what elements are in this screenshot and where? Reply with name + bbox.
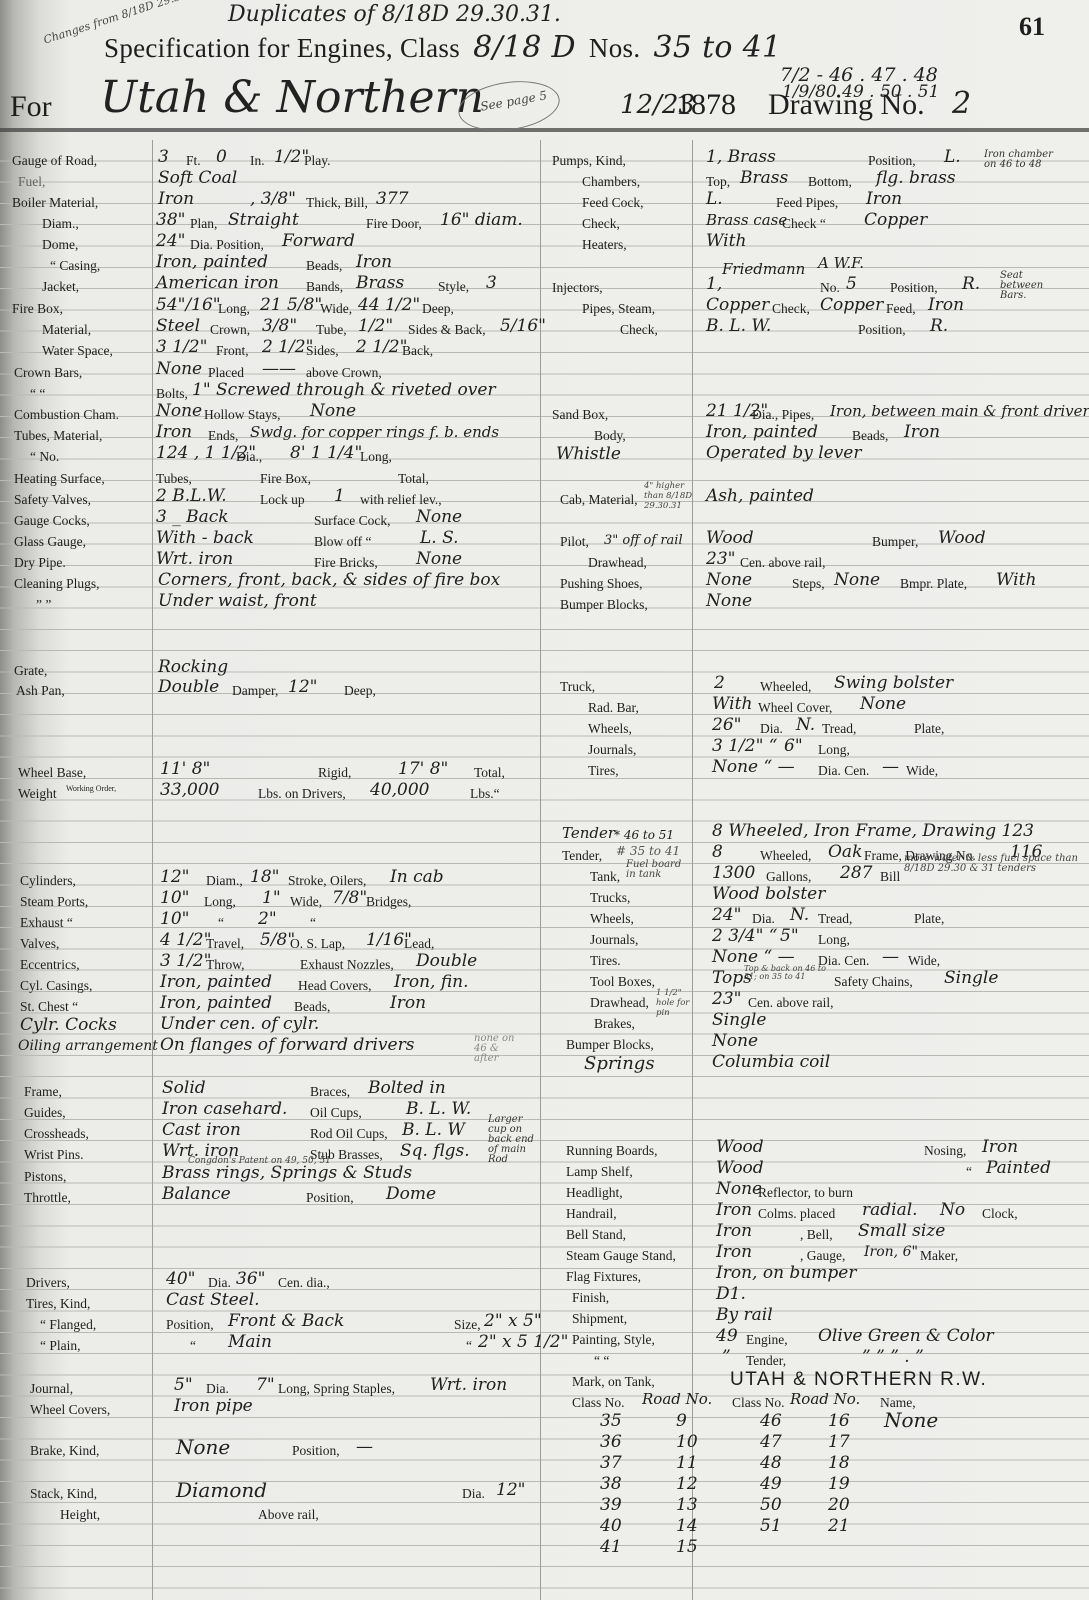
annotation: 3" off of rail bbox=[604, 530, 683, 551]
value: L. bbox=[944, 147, 961, 168]
value: 24" bbox=[156, 231, 185, 252]
label: Dome, bbox=[42, 234, 78, 255]
spec-sheet-page: Changes from 8/18D 29.30.31 Duplicates o… bbox=[0, 0, 1089, 1600]
label: Above rail, bbox=[258, 1504, 319, 1525]
value: Wood bbox=[716, 1158, 764, 1179]
value: Copper bbox=[864, 210, 927, 231]
label: Drawhead, bbox=[588, 552, 647, 573]
label: Journal, bbox=[30, 1378, 73, 1399]
table-cell: 9 bbox=[676, 1411, 687, 1432]
value: L. S. bbox=[420, 528, 459, 549]
table-cell: 48 bbox=[760, 1453, 782, 1474]
value: 8 Wheeled, Iron Frame, Drawing 123 bbox=[712, 821, 1034, 842]
value: 17' 8" bbox=[398, 759, 448, 780]
value: 3 _ Back bbox=[156, 507, 229, 528]
label: Handrail, bbox=[566, 1203, 617, 1224]
label: Back, bbox=[402, 340, 433, 361]
value: radial. bbox=[862, 1200, 918, 1221]
label: Long, bbox=[218, 298, 250, 319]
value: 8' 1 1/4" bbox=[290, 443, 362, 464]
label: Surface Cock, bbox=[314, 510, 390, 531]
value: 0 bbox=[216, 147, 227, 168]
value: Iron bbox=[390, 993, 426, 1014]
table-cell: 35 bbox=[600, 1411, 622, 1432]
column-header: Class No. bbox=[732, 1392, 785, 1413]
label: Wheeled, bbox=[760, 676, 811, 697]
value: None “ — bbox=[712, 757, 795, 778]
label: Brakes, bbox=[594, 1013, 635, 1034]
value: 2" x 5" bbox=[484, 1311, 542, 1332]
value: 10" bbox=[160, 888, 189, 909]
value: 2" bbox=[258, 909, 277, 930]
table-cell: 50 bbox=[760, 1495, 782, 1516]
table-cell: 21 bbox=[828, 1516, 850, 1537]
label: Exhaust “ bbox=[20, 912, 73, 933]
label: Braces, bbox=[310, 1081, 350, 1102]
value: Straight bbox=[228, 210, 299, 231]
label: Front, bbox=[216, 340, 249, 361]
label: Style, bbox=[438, 276, 469, 297]
value: Wood bbox=[706, 528, 754, 549]
value: Iron bbox=[158, 189, 194, 210]
table-cell: 36 bbox=[600, 1432, 622, 1453]
value: Solid bbox=[162, 1078, 206, 1099]
label: Fire Box, bbox=[260, 468, 311, 489]
label: Height, bbox=[60, 1504, 100, 1525]
value: With bbox=[712, 694, 752, 715]
label: Colms. placed bbox=[758, 1203, 835, 1224]
value: Iron pipe bbox=[174, 1396, 253, 1417]
column-header: Road No. bbox=[642, 1389, 712, 1410]
class-value: 8/18 D bbox=[473, 30, 576, 65]
label: Lbs. on Drivers, bbox=[258, 783, 346, 804]
title-text: Specification for Engines, Class bbox=[104, 33, 460, 63]
table-cell: 46 bbox=[760, 1411, 782, 1432]
label: Check, bbox=[620, 319, 658, 340]
value: Iron bbox=[928, 295, 964, 316]
value: Soft Coal bbox=[158, 168, 237, 189]
value: Olive Green & Color bbox=[818, 1326, 994, 1347]
label: Plate, bbox=[914, 908, 944, 929]
label: Pumps, Kind, bbox=[552, 150, 626, 171]
value: 3 bbox=[486, 273, 497, 294]
label: Glass Gauge, bbox=[14, 531, 86, 552]
value: Sq. flgs. bbox=[400, 1141, 470, 1162]
value: 2 bbox=[714, 673, 725, 694]
label: , Bell, bbox=[800, 1224, 833, 1245]
label: O. S. Lap, bbox=[290, 933, 345, 954]
label: Rigid, bbox=[318, 762, 351, 783]
label: Check, bbox=[772, 298, 810, 319]
label: Eccentrics, bbox=[20, 954, 80, 975]
value: Under cen. of cylr. bbox=[160, 1014, 319, 1035]
label: Working Order, bbox=[66, 785, 126, 793]
duplicates-annotation: Duplicates of 8/18D 29.30.31. bbox=[228, 2, 561, 27]
label: Combustion Cham. bbox=[14, 404, 119, 425]
value: Iron, between main & front drivers bbox=[830, 401, 1089, 422]
table-cell: 37 bbox=[600, 1453, 622, 1474]
value: R. bbox=[962, 274, 980, 295]
label: “ bbox=[218, 912, 224, 933]
label: Rod Oil Cups, bbox=[310, 1123, 388, 1144]
label: Safety Chains, bbox=[834, 971, 913, 992]
value: 5 bbox=[846, 274, 857, 295]
value: A W.F. bbox=[818, 253, 864, 274]
label: Tread, bbox=[822, 718, 856, 739]
label: Position, bbox=[306, 1187, 354, 1208]
left-label-divider bbox=[152, 140, 153, 1600]
nos-label: Nos. bbox=[589, 33, 640, 63]
value: Iron, on bumper bbox=[716, 1263, 856, 1284]
label: Long, bbox=[818, 929, 850, 950]
label: Cen. above rail, bbox=[740, 552, 825, 573]
label: “ “ bbox=[30, 383, 45, 404]
value: None bbox=[834, 570, 880, 591]
value: 1300 bbox=[712, 863, 755, 884]
value: flg. brass bbox=[876, 168, 956, 189]
label: Blow off “ bbox=[314, 531, 372, 552]
value: —— bbox=[262, 359, 296, 380]
value: 7/8" bbox=[332, 888, 367, 909]
value: 1" bbox=[262, 888, 281, 909]
value: Front & Back bbox=[228, 1311, 344, 1332]
value: None bbox=[716, 1179, 762, 1200]
value: Friedmann bbox=[722, 259, 805, 280]
value: Iron casehard. bbox=[162, 1099, 287, 1120]
value: Swing bolster bbox=[834, 673, 953, 694]
label: Beads, bbox=[306, 255, 342, 276]
label: Safety Valves, bbox=[14, 489, 91, 510]
value: None bbox=[156, 359, 202, 380]
label: Wide, bbox=[906, 760, 938, 781]
label: Pipes, Steam, bbox=[582, 298, 655, 319]
value: N. bbox=[790, 905, 809, 926]
label: Bill bbox=[880, 866, 900, 887]
label: Feed Cock, bbox=[582, 192, 644, 213]
label: Lbs.“ bbox=[470, 783, 500, 804]
value: 36" bbox=[236, 1269, 265, 1290]
value: , 3/8" bbox=[250, 189, 296, 210]
label: Heating Surface, bbox=[14, 468, 105, 489]
value: Columbia coil bbox=[712, 1052, 830, 1073]
label: Position, bbox=[292, 1440, 340, 1461]
label: Frame, bbox=[24, 1081, 62, 1102]
label: Truck, bbox=[560, 676, 595, 697]
label: Crown, bbox=[210, 319, 250, 340]
label: Springs bbox=[584, 1053, 655, 1074]
label: Tires, bbox=[588, 760, 619, 781]
label: “ bbox=[466, 1335, 472, 1356]
value: Iron bbox=[156, 422, 192, 443]
label: “ Flanged, bbox=[40, 1314, 96, 1335]
value: None bbox=[884, 1410, 938, 1431]
value: None bbox=[860, 694, 906, 715]
table-cell: 18 bbox=[828, 1453, 850, 1474]
value: 12" bbox=[160, 867, 189, 888]
label: Cen. dia., bbox=[278, 1272, 330, 1293]
value: With bbox=[996, 570, 1036, 591]
value: None bbox=[416, 549, 462, 570]
label: Size, bbox=[454, 1314, 481, 1335]
label: “ No. bbox=[30, 446, 59, 467]
value: Wrt. iron bbox=[156, 549, 233, 570]
table-cell: 38 bbox=[600, 1474, 622, 1495]
label: Long, bbox=[204, 891, 236, 912]
value: 2 1/2" bbox=[356, 337, 407, 358]
value: Copper bbox=[820, 295, 883, 316]
label: Gauge Cocks, bbox=[14, 510, 90, 531]
label: Travel, bbox=[206, 933, 244, 954]
label: Tires, Kind, bbox=[26, 1293, 90, 1314]
value: B. L. W. bbox=[706, 316, 771, 337]
value: 287 bbox=[840, 863, 872, 884]
annotation: Fuel board in tank bbox=[626, 860, 686, 880]
value: 6" bbox=[784, 736, 803, 757]
value: 11' 8" bbox=[160, 759, 210, 780]
label: Shipment, bbox=[572, 1308, 627, 1329]
label: Tender bbox=[562, 823, 615, 844]
label: Wheel Covers, bbox=[30, 1399, 110, 1420]
value: 2 B.L.W. bbox=[156, 486, 227, 507]
value: B. L. W. bbox=[406, 1099, 471, 1120]
annotation: Top & back on 46 to 51; on 35 to 41 bbox=[744, 965, 834, 981]
table-cell: 39 bbox=[600, 1495, 622, 1516]
label: Whistle bbox=[556, 444, 621, 465]
label: Total, bbox=[398, 468, 429, 489]
value: ” bbox=[722, 1347, 731, 1368]
value: 12" bbox=[496, 1480, 525, 1501]
value: By rail bbox=[716, 1305, 773, 1326]
value: Iron, painted bbox=[160, 972, 272, 993]
label: Oiling arrangement bbox=[18, 1036, 158, 1057]
value: Brass bbox=[740, 168, 788, 189]
value: Oak bbox=[828, 842, 862, 863]
label: Cleaning Plugs, bbox=[14, 573, 100, 594]
label: Bottom, bbox=[808, 171, 852, 192]
value: 3 1/2" bbox=[156, 337, 207, 358]
label: Clock, bbox=[982, 1203, 1018, 1224]
value: 3 1/2" bbox=[160, 951, 211, 972]
label: Tires. bbox=[590, 950, 621, 971]
label: Plate, bbox=[914, 718, 944, 739]
label: Headlight, bbox=[566, 1182, 623, 1203]
value: 16" diam. bbox=[440, 210, 523, 231]
label: Lock up bbox=[260, 489, 305, 510]
table-cell: 51 bbox=[760, 1516, 782, 1537]
value: 1, bbox=[706, 274, 722, 295]
value: D1. bbox=[716, 1284, 746, 1305]
value: 1" Screwed through & riveted over bbox=[192, 380, 496, 401]
label: Bands, bbox=[306, 276, 343, 297]
label: Tubes, Material, bbox=[14, 425, 102, 446]
label: Tool Boxes, bbox=[590, 971, 655, 992]
value: With - back bbox=[156, 528, 254, 549]
value: None bbox=[176, 1437, 230, 1458]
value: B. L. W bbox=[402, 1120, 465, 1141]
label: Gauge of Road, bbox=[12, 150, 97, 171]
label: Dia. bbox=[462, 1483, 485, 1504]
column-header: Road No. bbox=[790, 1389, 860, 1410]
label: Painting, Style, bbox=[572, 1329, 655, 1350]
label: Sides, bbox=[306, 340, 339, 361]
label: St. Chest “ bbox=[20, 996, 78, 1017]
value: 5" bbox=[174, 1375, 193, 1396]
column-header: Class No. bbox=[572, 1392, 625, 1413]
value: 5" bbox=[780, 926, 799, 947]
label: Cylr. Cocks bbox=[20, 1015, 117, 1036]
label: Play. bbox=[304, 150, 331, 171]
value: Iron bbox=[982, 1137, 1018, 1158]
value: 2" x 5 1/2" bbox=[478, 1332, 568, 1353]
value: 5/16" bbox=[500, 316, 546, 337]
value: 44 1/2" bbox=[358, 295, 420, 316]
table-cell: 15 bbox=[676, 1537, 698, 1558]
label: Deep, bbox=[422, 298, 454, 319]
label: Journals, bbox=[590, 929, 638, 950]
label: “ Plain, bbox=[40, 1335, 81, 1356]
label: Wide, bbox=[290, 891, 322, 912]
value: Small size bbox=[858, 1221, 945, 1242]
value: 4 1/2" bbox=[160, 930, 211, 951]
value: Swdg. for copper rings f. b. ends bbox=[250, 422, 499, 443]
label: Steam Gauge Stand, bbox=[566, 1245, 676, 1266]
label: Wrist Pins. bbox=[24, 1144, 83, 1165]
label: Heaters, bbox=[582, 234, 627, 255]
value: 12" bbox=[288, 677, 317, 698]
value: Steel bbox=[156, 316, 200, 337]
value: Wood bbox=[716, 1137, 764, 1158]
label: Rad. Bar, bbox=[588, 697, 639, 718]
label: Journals, bbox=[588, 739, 636, 760]
label: Weight bbox=[18, 783, 57, 804]
value: — bbox=[882, 757, 899, 778]
value: Iron bbox=[904, 422, 940, 443]
label: Wheels, bbox=[590, 908, 634, 929]
value: N. bbox=[796, 715, 815, 736]
value: — bbox=[356, 1437, 373, 1458]
label: Reflector, to burn bbox=[758, 1182, 853, 1203]
value: Ash, painted bbox=[706, 486, 814, 507]
value: 8 bbox=[712, 842, 723, 863]
label: Trucks, bbox=[590, 887, 630, 908]
value: Diamond bbox=[176, 1480, 267, 1501]
label: Water Space, bbox=[42, 340, 113, 361]
label: Fire Box, bbox=[12, 298, 63, 319]
label: Fire Door, bbox=[366, 213, 422, 234]
value: 54"/16" bbox=[156, 295, 221, 316]
label: Wheels, bbox=[588, 718, 632, 739]
label: Drivers, bbox=[26, 1272, 70, 1293]
value: 24" bbox=[712, 905, 741, 926]
label: Total, bbox=[474, 762, 505, 783]
table-cell: 20 bbox=[828, 1495, 850, 1516]
label: Pushing Shoes, bbox=[560, 573, 643, 594]
table-cell: 49 bbox=[760, 1474, 782, 1495]
label: Oil Cups, bbox=[310, 1102, 362, 1123]
for-label: For bbox=[10, 90, 52, 124]
label: Dia. Cen. bbox=[818, 760, 869, 781]
value: 1/2" bbox=[358, 316, 393, 337]
value: Bolted in bbox=[368, 1078, 446, 1099]
header-rule bbox=[0, 128, 1089, 132]
label: Check, bbox=[582, 213, 620, 234]
table-cell: 40 bbox=[600, 1516, 622, 1537]
nos-value: 35 to 41 bbox=[653, 30, 781, 65]
railroad-name: Utah & Northern bbox=[100, 72, 484, 123]
label: Brake, Kind, bbox=[30, 1440, 99, 1461]
label: Tube, bbox=[316, 319, 347, 340]
value: 7" bbox=[256, 1375, 275, 1396]
label: Position, bbox=[166, 1314, 214, 1335]
label: Damper, bbox=[232, 680, 278, 701]
label: Sand Box, bbox=[552, 404, 608, 425]
value: 1, Brass bbox=[706, 147, 776, 168]
value: None bbox=[416, 507, 462, 528]
value: 18" bbox=[250, 867, 279, 888]
label: Running Boards, bbox=[566, 1140, 658, 1161]
value: 3 bbox=[158, 147, 169, 168]
label: Long, bbox=[360, 446, 392, 467]
value: Iron bbox=[356, 252, 392, 273]
value: R. bbox=[930, 316, 948, 337]
value: 40" bbox=[166, 1269, 195, 1290]
label: Engine, bbox=[746, 1329, 788, 1350]
value: 1 bbox=[334, 486, 345, 507]
annotation: 4" higher than 8/18D 29.30.31 bbox=[644, 481, 694, 511]
value: Under waist, front bbox=[158, 591, 317, 612]
label: Valves, bbox=[20, 933, 59, 954]
label: Maker, bbox=[920, 1245, 958, 1266]
table-cell: 11 bbox=[676, 1453, 698, 1474]
label: Wheel Base, bbox=[18, 762, 86, 783]
label: Jacket, bbox=[42, 276, 79, 297]
table-cell: 12 bbox=[676, 1474, 698, 1495]
value: None bbox=[156, 401, 202, 422]
label: Dry Pipe. bbox=[14, 552, 66, 573]
label: Plan, bbox=[190, 213, 217, 234]
label: “ bbox=[190, 1335, 196, 1356]
value: None bbox=[706, 570, 752, 591]
value: None bbox=[712, 1031, 758, 1052]
value: Single bbox=[944, 968, 998, 989]
value: Wood bolster bbox=[712, 884, 825, 905]
value: Iron, painted bbox=[156, 252, 268, 273]
label: “ bbox=[966, 1161, 972, 1182]
label: Drawhead, bbox=[590, 992, 649, 1013]
label: “ bbox=[310, 912, 316, 933]
value: Dome bbox=[386, 1184, 436, 1205]
label: Long, Spring Staples, bbox=[278, 1378, 395, 1399]
label: Feed, bbox=[886, 298, 916, 319]
table-cell: 17 bbox=[828, 1432, 850, 1453]
label: Throttle, bbox=[24, 1187, 71, 1208]
drawing-value: 2 bbox=[952, 86, 971, 121]
label: Diam., bbox=[206, 870, 243, 891]
label: Crossheads, bbox=[24, 1123, 89, 1144]
value: Wood bbox=[938, 528, 986, 549]
value: ” ” ” . ” bbox=[862, 1347, 924, 1368]
label: Deep, bbox=[344, 680, 376, 701]
value: 26" bbox=[712, 715, 741, 736]
year: 1878 bbox=[676, 88, 736, 122]
value: 2 3/4" “ bbox=[712, 926, 778, 947]
label: Stack, Kind, bbox=[30, 1483, 97, 1504]
value: Iron bbox=[716, 1221, 752, 1242]
table-cell: 13 bbox=[676, 1495, 698, 1516]
value: Iron, painted bbox=[706, 422, 818, 443]
label: Wheeled, bbox=[760, 845, 811, 866]
label: Bumper Blocks, bbox=[560, 594, 648, 615]
